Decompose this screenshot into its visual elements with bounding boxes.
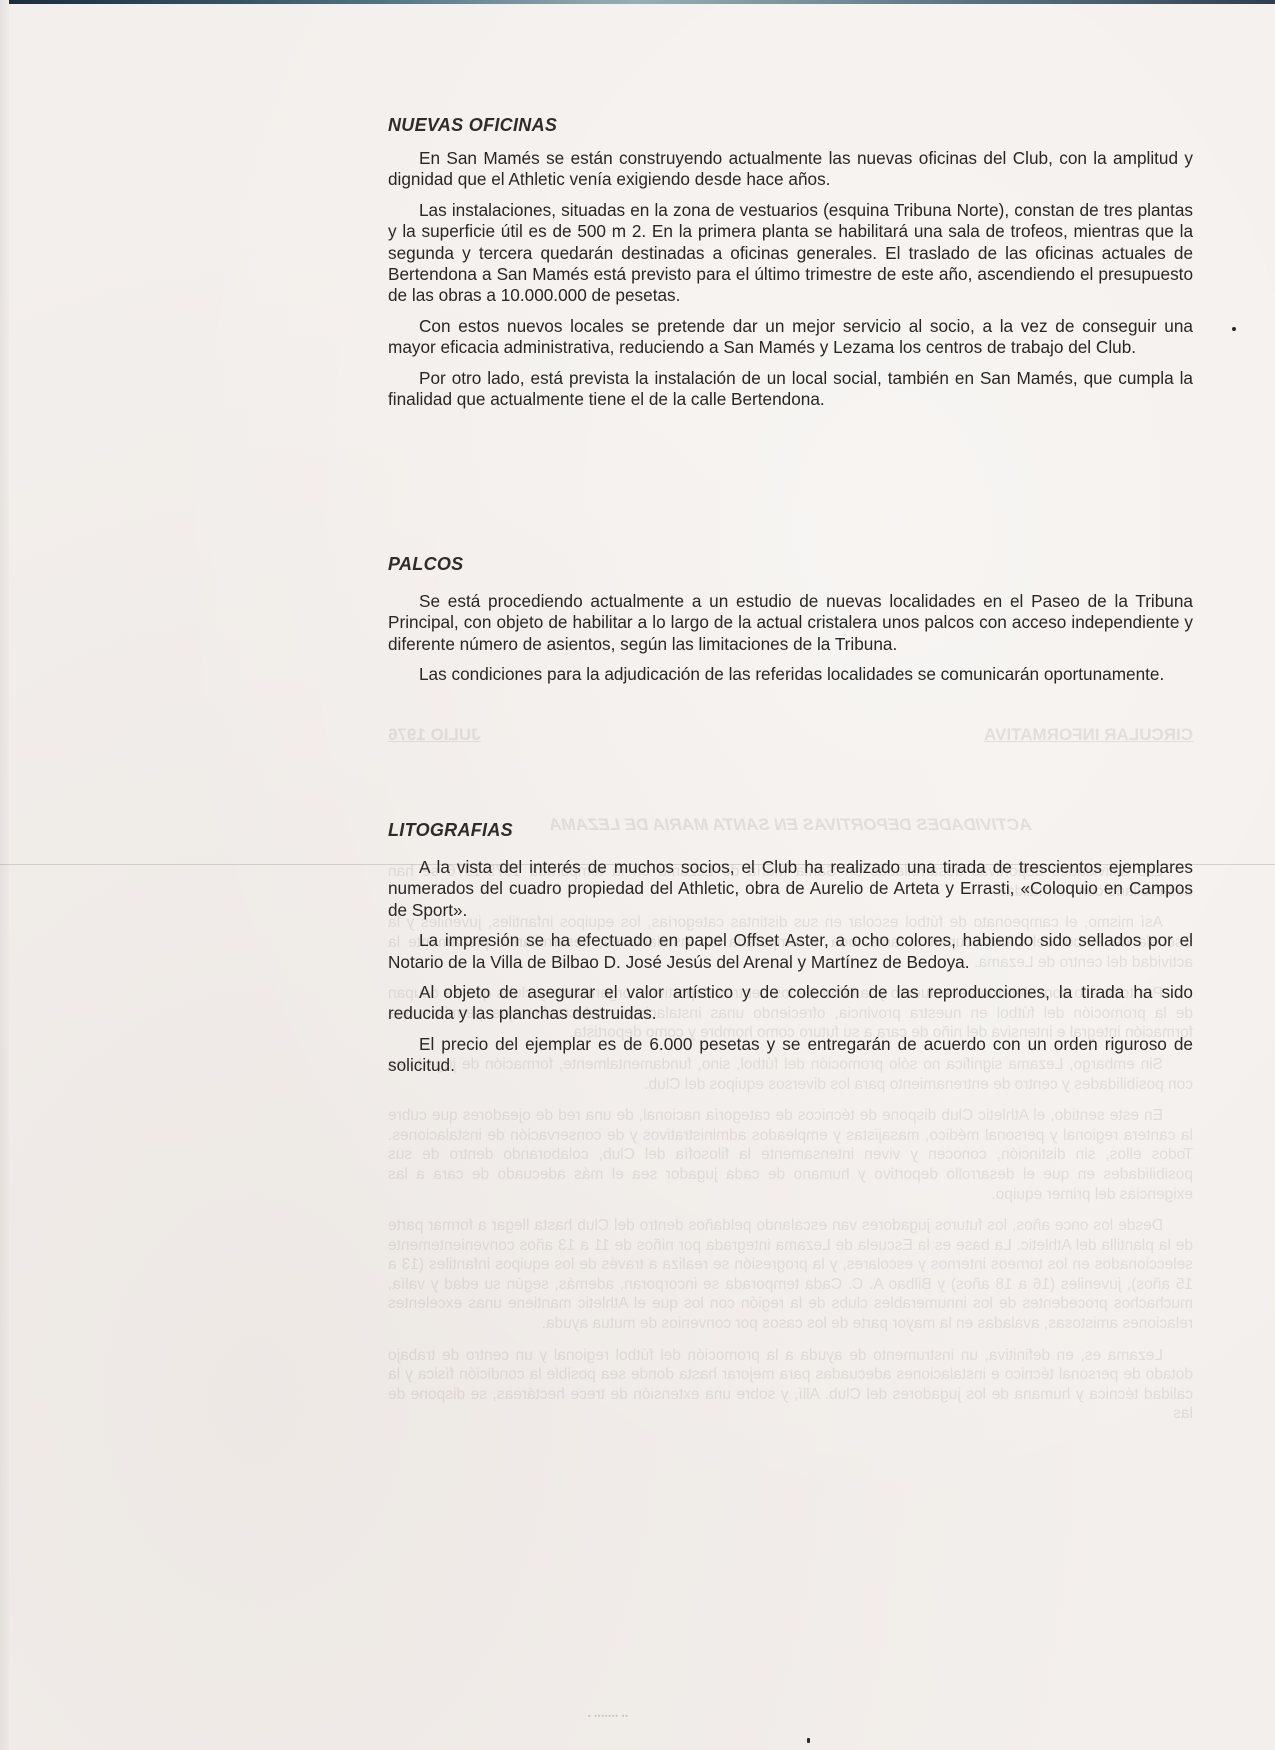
bleed-paragraph: En este sentido, el Athletic Club dispon…	[388, 1106, 1193, 1204]
section-heading: LITOGRAFIAS	[388, 819, 1193, 841]
paragraph: El precio del ejemplar es de 6.000 peset…	[388, 1034, 1193, 1077]
scan-top-edge	[0, 0, 1275, 4]
section-nuevas-oficinas: NUEVAS OFICINAS En San Mamés se están co…	[388, 114, 1193, 419]
section-heading: PALCOS	[388, 553, 1193, 575]
section-palcos: PALCOS Se está procediendo actualmente a…	[388, 553, 1193, 695]
paragraph: Las condiciones para la adjudicación de …	[388, 664, 1193, 685]
printer-mark: ▪ ▪▪▪▪▪▪▪ ▪▪	[588, 1713, 629, 1720]
paragraph: Con estos nuevos locales se pretende dar…	[388, 316, 1193, 359]
scan-speck	[807, 1738, 810, 1743]
bleed-header-right: JULIO 1976	[388, 725, 481, 745]
paragraph: Por otro lado, está prevista la instalac…	[388, 368, 1193, 411]
section-litografias: LITOGRAFIAS A la vista del interés de mu…	[388, 819, 1193, 1086]
scan-speck	[1232, 327, 1236, 331]
section-heading: NUEVAS OFICINAS	[388, 114, 1193, 136]
paragraph: La impresión se ha efectuado en papel Of…	[388, 930, 1193, 973]
paragraph: Se está procediendo actualmente a un est…	[388, 591, 1193, 655]
paragraph: A la vista del interés de muchos socios,…	[388, 857, 1193, 921]
paragraph: En San Mamés se están construyendo actua…	[388, 148, 1193, 191]
scan-left-edge	[0, 0, 9, 1750]
bleed-paragraph: Lezama es, en definitiva, un instrumento…	[388, 1346, 1193, 1424]
paragraph: Al objeto de asegurar el valor artístico…	[388, 982, 1193, 1025]
paragraph: Las instalaciones, situadas en la zona d…	[388, 200, 1193, 307]
bleed-header: CIRCULAR INFORMATIVA JULIO 1976	[388, 725, 1193, 745]
bleed-header-left: CIRCULAR INFORMATIVA	[984, 725, 1193, 745]
bleed-paragraph: Desde los once años, los futuros jugador…	[388, 1216, 1193, 1334]
